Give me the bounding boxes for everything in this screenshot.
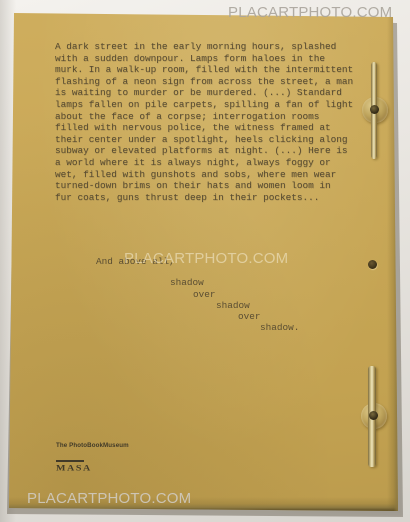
cascade-word-3: shadow [216,300,250,311]
screw-head-top-icon [370,105,379,114]
watermark-middle: PLACARTPHOTO.COM [124,250,288,267]
masa-logo-text: MASA [56,464,92,473]
cascade-word-2: over [193,289,216,300]
publisher-name: The PhotoBookMuseum [56,442,129,449]
masa-logo: MASA [56,460,92,475]
cascade-word-5: shadow. [260,322,299,333]
watermark-bottom: PLACARTPHOTO.COM [27,490,191,507]
cascade-word-1: shadow [170,277,204,288]
screw-head-bottom-icon [369,411,378,420]
watermark-top: PLACARTPHOTO.COM [228,4,392,21]
masa-logo-line [56,460,84,462]
cascade-word-4: over [238,311,261,322]
cover-paragraph: A dark street in the early morning hours… [55,41,353,203]
book-product-photo: A dark street in the early morning hours… [0,0,410,522]
punched-hole [368,260,377,269]
